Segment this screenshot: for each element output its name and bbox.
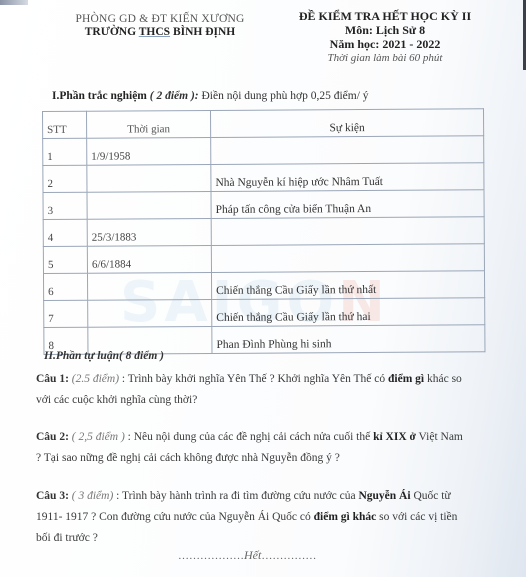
- question-2: Câu 2: ( 2,5 điểm ) : Nêu nội dung của c…: [36, 427, 466, 469]
- table-row: 425/3/1883: [43, 217, 484, 247]
- cell-stt: 4: [43, 219, 87, 246]
- table-row: 11/9/1958: [43, 136, 484, 166]
- col-stt: STT: [43, 111, 87, 138]
- section2-heading: II.Phần tự luận( 8 điểm ): [44, 350, 164, 362]
- exam-page: PHÒNG GD & ĐT KIẾN XƯƠNG TRƯỜNG THCS BÌN…: [0, 0, 526, 577]
- cell-time: 25/3/1883: [87, 218, 211, 246]
- col-event: Sự kiện: [210, 109, 483, 138]
- section1-heading: I.Phần trắc nghiệm ( 2 điểm ): Điền nội …: [52, 90, 369, 102]
- table-row: 7Chiến thắng Cầu Giấy lần thứ hai: [44, 298, 485, 328]
- cell-stt: 1: [43, 138, 87, 165]
- exam-title: ĐỀ KIỂM TRA HẾT HỌC KỲ II: [275, 9, 495, 23]
- col-time: Thời gian: [87, 110, 211, 138]
- cell-event: [211, 244, 484, 273]
- table-row: 3Pháp tấn công cửa biển Thuận An: [43, 190, 484, 220]
- department-name: PHÒNG GD & ĐT KIẾN XƯƠNG: [60, 13, 260, 25]
- exam-subject: Môn: Lịch Sử 8: [275, 23, 495, 37]
- cell-event: Chiến thắng Cầu Giấy lần thứ hai: [212, 298, 485, 327]
- table-row: 56/6/1884: [43, 244, 484, 274]
- cell-time: [87, 272, 211, 300]
- cell-time: [87, 164, 211, 192]
- cell-event: Nhà Nguyễn kí hiệp ước Nhâm Tuất: [211, 163, 484, 192]
- table-header-row: STT Thời gian Sự kiện: [43, 109, 484, 139]
- cell-time: [87, 191, 211, 219]
- school-header: PHÒNG GD & ĐT KIẾN XƯƠNG TRƯỜNG THCS BÌN…: [60, 13, 260, 38]
- scan-shadow: [0, 0, 28, 5]
- cell-time: 1/9/1958: [87, 137, 211, 165]
- school-name: TRƯỜNG THCS BÌNH ĐỊNH: [60, 26, 260, 38]
- cell-time: 6/6/1884: [87, 245, 211, 273]
- cell-stt: 2: [43, 165, 87, 192]
- cell-stt: 6: [43, 273, 87, 300]
- question-3: Câu 3: ( 3 điểm) : Trình bày hành trình …: [36, 486, 466, 549]
- table-row: 6Chiến thắng Cầu Giấy lần thứ nhất: [43, 271, 484, 301]
- cell-event: Chiến thắng Cầu Giấy lần thứ nhất: [211, 271, 484, 300]
- question-1: Câu 1: (2.5 điểm) : Trình bày khởi nghĩa…: [36, 369, 466, 411]
- cell-event: Pháp tấn công cửa biển Thuận An: [211, 190, 484, 219]
- cell-stt: 3: [43, 192, 87, 219]
- cell-event: Phan Đình Phùng hi sinh: [212, 325, 485, 354]
- cell-event: [211, 136, 484, 165]
- cell-stt: 7: [44, 300, 88, 327]
- cell-stt: 5: [43, 246, 87, 273]
- cell-time: [88, 299, 212, 327]
- school-year: Năm học: 2021 - 2022: [275, 37, 495, 51]
- cell-event: [211, 217, 484, 246]
- exam-header: ĐỀ KIỂM TRA HẾT HỌC KỲ II Môn: Lịch Sử 8…: [275, 9, 495, 65]
- end-marker: ………………Hết……………: [178, 548, 316, 563]
- table-row: 2Nhà Nguyễn kí hiệp ước Nhâm Tuất: [43, 163, 484, 193]
- fill-in-table: STT Thời gian Sự kiện 11/9/19582Nhà Nguy…: [42, 108, 485, 355]
- exam-duration: Thời gian làm bài 60 phút: [275, 51, 495, 65]
